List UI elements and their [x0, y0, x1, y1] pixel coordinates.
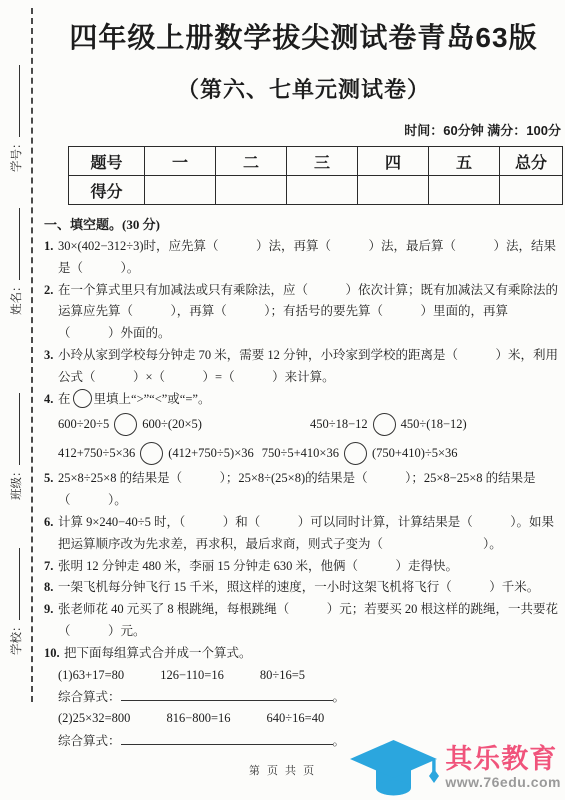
- question-number: 3.: [44, 345, 58, 367]
- score-header-cell: 一: [145, 147, 216, 176]
- score-cell: [358, 176, 429, 205]
- student-name-label: 姓名：: [11, 281, 23, 316]
- question-number: 7.: [44, 556, 58, 578]
- paper-content: 四年级上册数学拔尖测试卷青岛63版 （第六、七单元测试卷） 时间：60分钟 满分…: [44, 10, 563, 752]
- group-label: (1): [58, 668, 73, 682]
- section-one-heading: 一、填空题。(30 分): [44, 214, 563, 233]
- question-number: 1.: [44, 236, 58, 258]
- question-text: 小玲从家到学校每分钟走 70 米，需要 12 分钟，小玲家到学校的距离是（ ）米…: [58, 348, 558, 384]
- comparison-pair: 412+750÷5×36(412+750÷5)×36: [58, 442, 254, 465]
- answer-label: 综合算式：: [58, 734, 121, 748]
- question-text: 张老师花 40 元买了 8 根跳绳，每根跳绳（ ）元；若要买 20 根这样的跳绳…: [58, 602, 558, 638]
- score-cell: [216, 176, 287, 205]
- comparison-row-1: 600÷20÷5600÷(20×5) 450÷18−12450÷(18−12): [44, 410, 563, 439]
- test-paper-page: 学号： 姓名： 班级： 学校： 四年级上册数学拔尖测试卷青岛63版 （第六、七单…: [0, 0, 565, 800]
- expression-right: 600÷(20×5): [142, 417, 202, 432]
- score-table: 题号 一 二 三 四 五 总分 得分: [68, 146, 563, 205]
- question-text: 里填上“>”“<”或“=”。: [94, 392, 211, 406]
- brand-name: 其乐教育: [445, 746, 561, 774]
- question-text: 25×8÷25×8 的结果是（ ）；25×8÷(25×8)的结果是（ ）；25×…: [58, 471, 536, 507]
- school-blank-line: [9, 549, 20, 621]
- class-blank-line: [9, 394, 20, 466]
- answer-blank-line: [121, 733, 333, 745]
- equation: 640÷16=40: [267, 708, 325, 730]
- comparison-circle: [344, 442, 367, 465]
- score-header-cell: 二: [216, 147, 287, 176]
- expression-right: (412+750÷5)×36: [168, 446, 254, 461]
- answer-blank-line: [121, 689, 333, 701]
- question-7: 7.张明 12 分钟走 480 米，李丽 15 分钟走 630 米，他俩（ ）走…: [44, 556, 563, 578]
- question-text: 在: [58, 392, 71, 406]
- question-3: 3.小玲从家到学校每分钟走 70 米，需要 12 分钟，小玲家到学校的距离是（ …: [44, 345, 563, 389]
- student-name-blank-line: [9, 209, 20, 281]
- score-header-cell: 总分: [500, 147, 563, 176]
- comparison-circle: [373, 413, 396, 436]
- answer-label: 综合算式：: [58, 690, 121, 704]
- question-4: 4.在里填上“>”“<”或“=”。: [44, 389, 563, 411]
- page-title: 四年级上册数学拔尖测试卷青岛63版: [44, 16, 563, 56]
- question-number: 9.: [44, 599, 58, 621]
- score-header-cell: 题号: [69, 147, 145, 176]
- score-label-cell: 得分: [69, 176, 145, 205]
- comparison-circle: [114, 413, 137, 436]
- score-cell: [500, 176, 563, 205]
- question-10: 10.把下面每组算式合并成一个算式。: [44, 643, 563, 665]
- score-cell: [429, 176, 500, 205]
- score-cell: [145, 176, 216, 205]
- group-label: (2): [58, 711, 73, 725]
- score-header-cell: 五: [429, 147, 500, 176]
- student-id-field: 学号：: [8, 50, 24, 172]
- question-1: 1.30×(402−312÷3)时，应先算（ ）法，再算（ ）法，最后算（ ）法…: [44, 236, 563, 280]
- answer-suffix: 。: [333, 690, 346, 704]
- equation: 816−800=16: [166, 708, 230, 730]
- equation-group-1: (1)63+17=80 126−110=16 80÷16=5: [44, 665, 563, 687]
- question-number: 10.: [44, 643, 64, 665]
- brand-logo: 其乐教育 www.76edu.com: [348, 738, 561, 798]
- question-number: 6.: [44, 512, 58, 534]
- expression-left: 600÷20÷5: [58, 417, 109, 432]
- expression-left: 412+750÷5×36: [58, 446, 135, 461]
- equation: 80÷16=5: [260, 665, 305, 687]
- question-8: 8.一架飞机每分钟飞行 15 千米，照这样的速度，一小时这架飞机将飞行（ ）千米…: [44, 577, 563, 599]
- class-field: 班级：: [8, 378, 24, 500]
- score-cell: [287, 176, 358, 205]
- expression-right: (750+410)÷5×36: [372, 446, 458, 461]
- score-header-cell: 四: [358, 147, 429, 176]
- exam-meta: 时间：60分钟 满分：100分: [44, 120, 561, 139]
- school-label: 学校：: [11, 621, 23, 656]
- question-number: 4.: [44, 389, 58, 411]
- equation: 126−110=16: [160, 665, 224, 687]
- answer-suffix: 。: [333, 734, 346, 748]
- expression-right: 450÷(18−12): [401, 417, 467, 432]
- brand-text: 其乐教育 www.76edu.com: [445, 746, 561, 790]
- comparison-pair: 450÷18−12450÷(18−12): [310, 413, 467, 436]
- score-header-cell: 三: [287, 147, 358, 176]
- school-field: 学校：: [8, 533, 24, 655]
- graduation-cap-icon: [348, 738, 440, 798]
- comparison-row-2: 412+750÷5×36(412+750÷5)×36 750÷5+410×36(…: [44, 439, 563, 468]
- question-text: 张明 12 分钟走 480 米，李丽 15 分钟走 630 米，他俩（ ）走得快…: [58, 559, 458, 573]
- question-text: 计算 9×240−40÷5 时，（ ）和（ ）可以同时计算，计算结果是（ ）。如…: [58, 515, 554, 551]
- question-2: 2.在一个算式里只有加减法或只有乘除法，应（ ）依次计算；既有加减法又有乘除法的…: [44, 280, 563, 345]
- question-text: 把下面每组算式合并成一个算式。: [64, 646, 252, 660]
- equation: (1)63+17=80: [58, 665, 124, 687]
- equation: (2)25×32=800: [58, 708, 130, 730]
- question-number: 2.: [44, 280, 58, 302]
- question-text: 一架飞机每分钟飞行 15 千米，照这样的速度，一小时这架飞机将飞行（ ）千米。: [58, 580, 539, 594]
- comparison-pair: 750÷5+410×36(750+410)÷5×36: [262, 442, 458, 465]
- answer-row-1: 综合算式：。: [44, 686, 563, 708]
- comparison-pair: 600÷20÷5600÷(20×5): [58, 413, 310, 436]
- equation-group-2: (2)25×32=800 816−800=16 640÷16=40: [44, 708, 563, 730]
- question-text: 在一个算式里只有加减法或只有乘除法，应（ ）依次计算；既有加减法又有乘除法的运算…: [58, 283, 558, 341]
- comparison-circle: [140, 442, 163, 465]
- question-number: 8.: [44, 577, 58, 599]
- question-number: 5.: [44, 468, 58, 490]
- question-9: 9.张老师花 40 元买了 8 根跳绳，每根跳绳（ ）元；若要买 20 根这样的…: [44, 599, 563, 643]
- score-table-header-row: 题号 一 二 三 四 五 总分: [69, 147, 563, 176]
- score-table-score-row: 得分: [69, 176, 563, 205]
- question-6: 6.计算 9×240−40÷5 时，（ ）和（ ）可以同时计算，计算结果是（ ）…: [44, 512, 563, 556]
- student-id-label: 学号：: [11, 138, 23, 173]
- expression-left: 450÷18−12: [310, 417, 368, 432]
- fill-circle-icon: [73, 389, 92, 408]
- question-text: 30×(402−312÷3)时，应先算（ ）法，再算（ ）法，最后算（ ）法，结…: [58, 239, 556, 275]
- student-id-blank-line: [9, 66, 20, 138]
- fold-dashed-line: [31, 8, 33, 702]
- student-name-field: 姓名：: [8, 193, 24, 315]
- brand-url: www.76edu.com: [445, 774, 561, 790]
- page-subtitle: （第六、七单元测试卷）: [44, 73, 563, 104]
- expression-left: 750÷5+410×36: [262, 446, 339, 461]
- question-5: 5.25×8÷25×8 的结果是（ ）；25×8÷(25×8)的结果是（ ）；2…: [44, 468, 563, 512]
- class-label: 班级：: [11, 466, 23, 501]
